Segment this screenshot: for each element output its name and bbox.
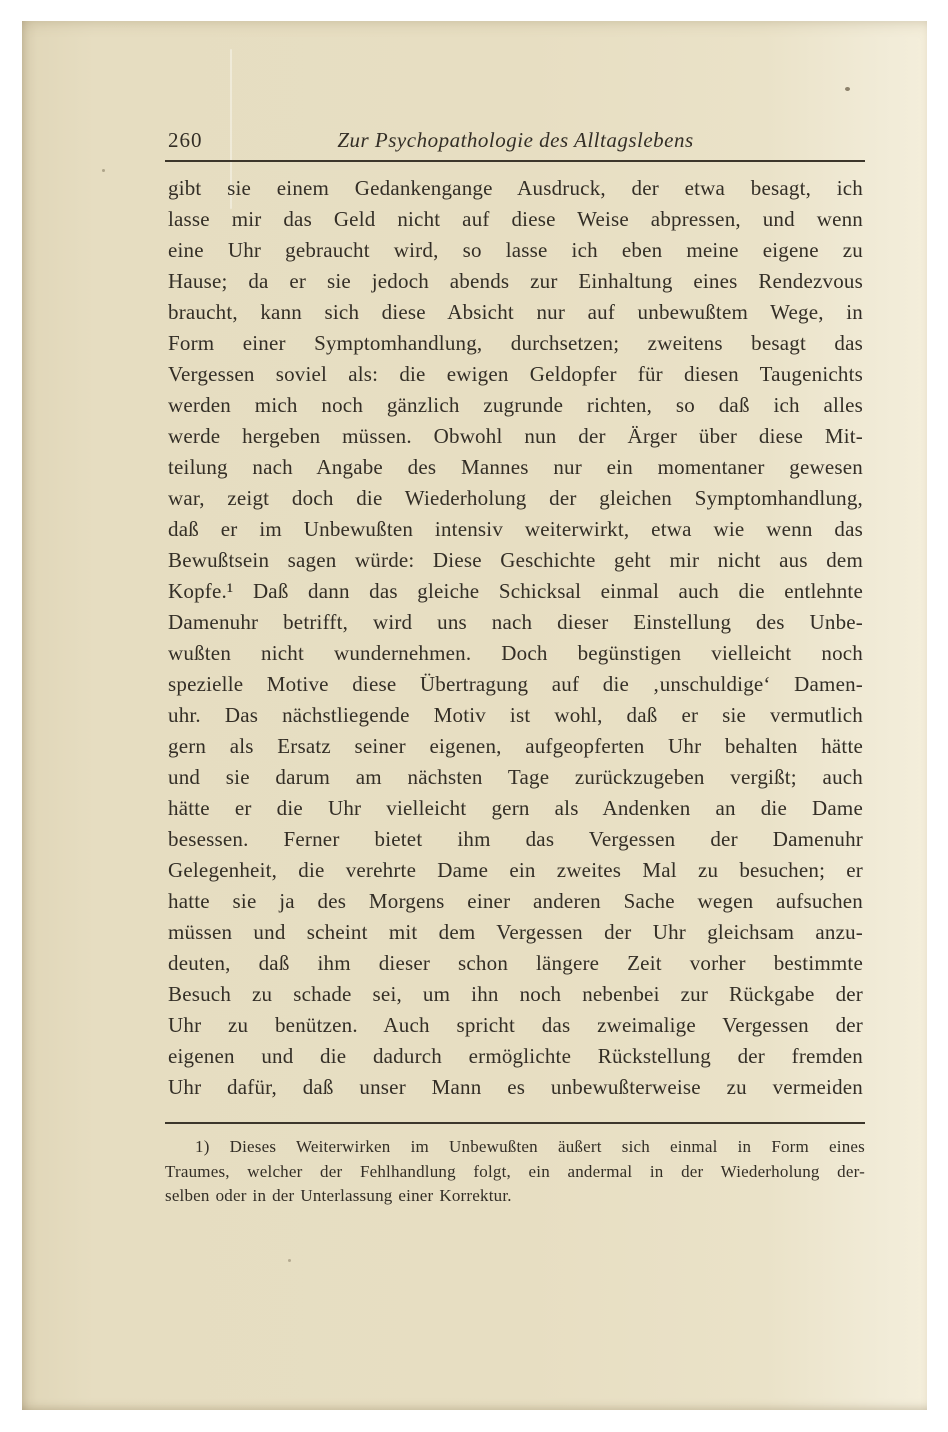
text-line: Besuch zu schade sei, um ihn noch nebenb…: [168, 979, 863, 1010]
text-line: braucht, kann sich diese Absicht nur auf…: [168, 297, 863, 328]
text-line: und sie darum am nächsten Tage zurückzug…: [168, 762, 863, 793]
text-line: wußten nicht wundernehmen. Doch begünsti…: [168, 638, 863, 669]
text-line: Bewußtsein sagen würde: Diese Geschichte…: [168, 545, 863, 576]
text-line: selben oder in der Unterlassung einer Ko…: [165, 1184, 865, 1209]
text-line: gern als Ersatz seiner eigenen, aufgeopf…: [168, 731, 863, 762]
text-line: lasse mir das Geld nicht auf diese Weise…: [168, 204, 863, 235]
text-line: Uhr zu benützen. Auch spricht das zweima…: [168, 1010, 863, 1041]
scan-viewport: 260 Zur Psychopathologie des Alltagslebe…: [0, 0, 948, 1432]
text-line: Form einer Symptomhandlung, durchsetzen;…: [168, 328, 863, 359]
text-line: besessen. Ferner bietet ihm das Vergesse…: [168, 824, 863, 855]
paper-speck: [102, 169, 105, 172]
text-line: müssen und scheint mit dem Vergessen der…: [168, 917, 863, 948]
text-line: uhr. Das nächstliegende Motiv ist wohl, …: [168, 700, 863, 731]
text-line: Damenuhr betrifft, wird uns nach dieser …: [168, 607, 863, 638]
text-line: war, zeigt doch die Wiederholung der gle…: [168, 483, 863, 514]
text-line: Vergessen soviel als: die ewigen Geldopf…: [168, 359, 863, 390]
text-line: hätte er die Uhr vielleicht gern als And…: [168, 793, 863, 824]
text-line: werden mich noch gänzlich zugrunde richt…: [168, 390, 863, 421]
text-line: eigenen und die dadurch ermöglichte Rück…: [168, 1041, 863, 1072]
text-line: Uhr dafür, daß unser Mann es unbewußterw…: [168, 1072, 863, 1103]
body-text: gibt sie einem Gedankengange Ausdruck, d…: [168, 173, 863, 1103]
text-line: daß er im Unbewußten intensiv weiterwirk…: [168, 514, 863, 545]
paper-speck: [288, 1259, 291, 1262]
page-header: 260 Zur Psychopathologie des Alltagslebe…: [168, 127, 863, 155]
text-line: deuten, daß ihm dieser schon längere Zei…: [168, 948, 863, 979]
paper-speck: [845, 87, 850, 91]
footnote: 1) Dieses Weiterwirken im Unbewußten äuß…: [165, 1135, 865, 1209]
footnote-rule: [165, 1122, 865, 1124]
text-line: spezielle Motive diese Übertragung auf d…: [168, 669, 863, 700]
page-number: 260: [168, 127, 203, 153]
book-page: 260 Zur Psychopathologie des Alltagslebe…: [22, 21, 927, 1410]
text-line: Kopfe.¹ Daß dann das gleiche Schicksal e…: [168, 576, 863, 607]
text-line: Traumes, welcher der Fehlhandlung folgt,…: [165, 1160, 865, 1185]
text-line: gibt sie einem Gedankengange Ausdruck, d…: [168, 173, 863, 204]
text-line: hatte sie ja des Morgens einer anderen S…: [168, 886, 863, 917]
text-line: teilung nach Angabe des Mannes nur ein m…: [168, 452, 863, 483]
text-line: 1) Dieses Weiterwirken im Unbewußten äuß…: [165, 1135, 865, 1160]
text-line: werde hergeben müssen. Obwohl nun der Är…: [168, 421, 863, 452]
header-rule: [165, 160, 865, 162]
running-title: Zur Psychopathologie des Alltagslebens: [168, 127, 863, 153]
text-line: Gelegenheit, die verehrte Dame ein zweit…: [168, 855, 863, 886]
text-line: eine Uhr gebraucht wird, so lasse ich eb…: [168, 235, 863, 266]
text-line: Hause; da er sie jedoch abends zur Einha…: [168, 266, 863, 297]
